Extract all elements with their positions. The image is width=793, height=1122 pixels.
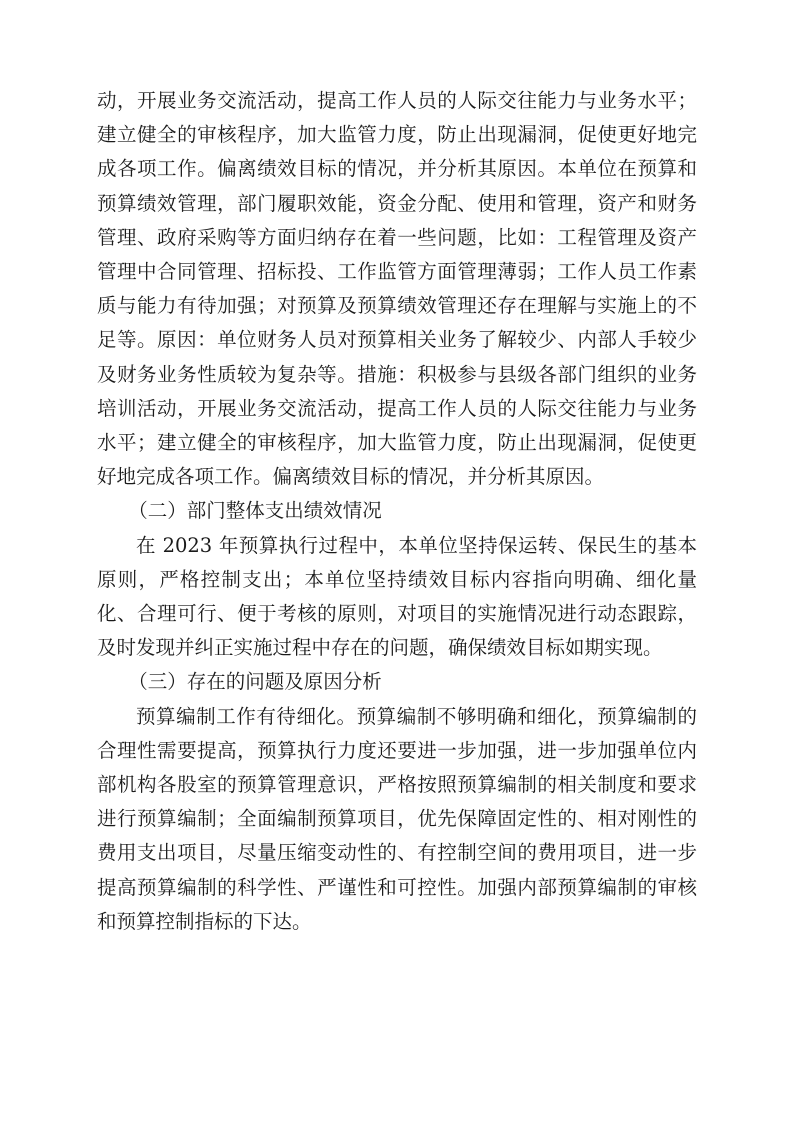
section-heading-2: （二）部门整体支出绩效情况 bbox=[97, 494, 697, 528]
body-paragraph-overall-performance: 在 2023 年预算执行过程中，本单位坚持保运转、保民生的基本原则，严格控制支出… bbox=[97, 529, 697, 666]
section-heading-3: （三）存在的问题及原因分析 bbox=[97, 665, 697, 699]
body-paragraph-problems-analysis: 预算编制工作有待细化。预算编制不够明确和细化，预算编制的合理性需要提高，预算执行… bbox=[97, 700, 697, 939]
body-paragraph-continued: 动，开展业务交流活动，提高工作人员的人际交往能力与业务水平；建立健全的审核程序，… bbox=[97, 84, 697, 494]
document-page: 动，开展业务交流活动，提高工作人员的人际交往能力与业务水平；建立健全的审核程序，… bbox=[97, 84, 697, 939]
